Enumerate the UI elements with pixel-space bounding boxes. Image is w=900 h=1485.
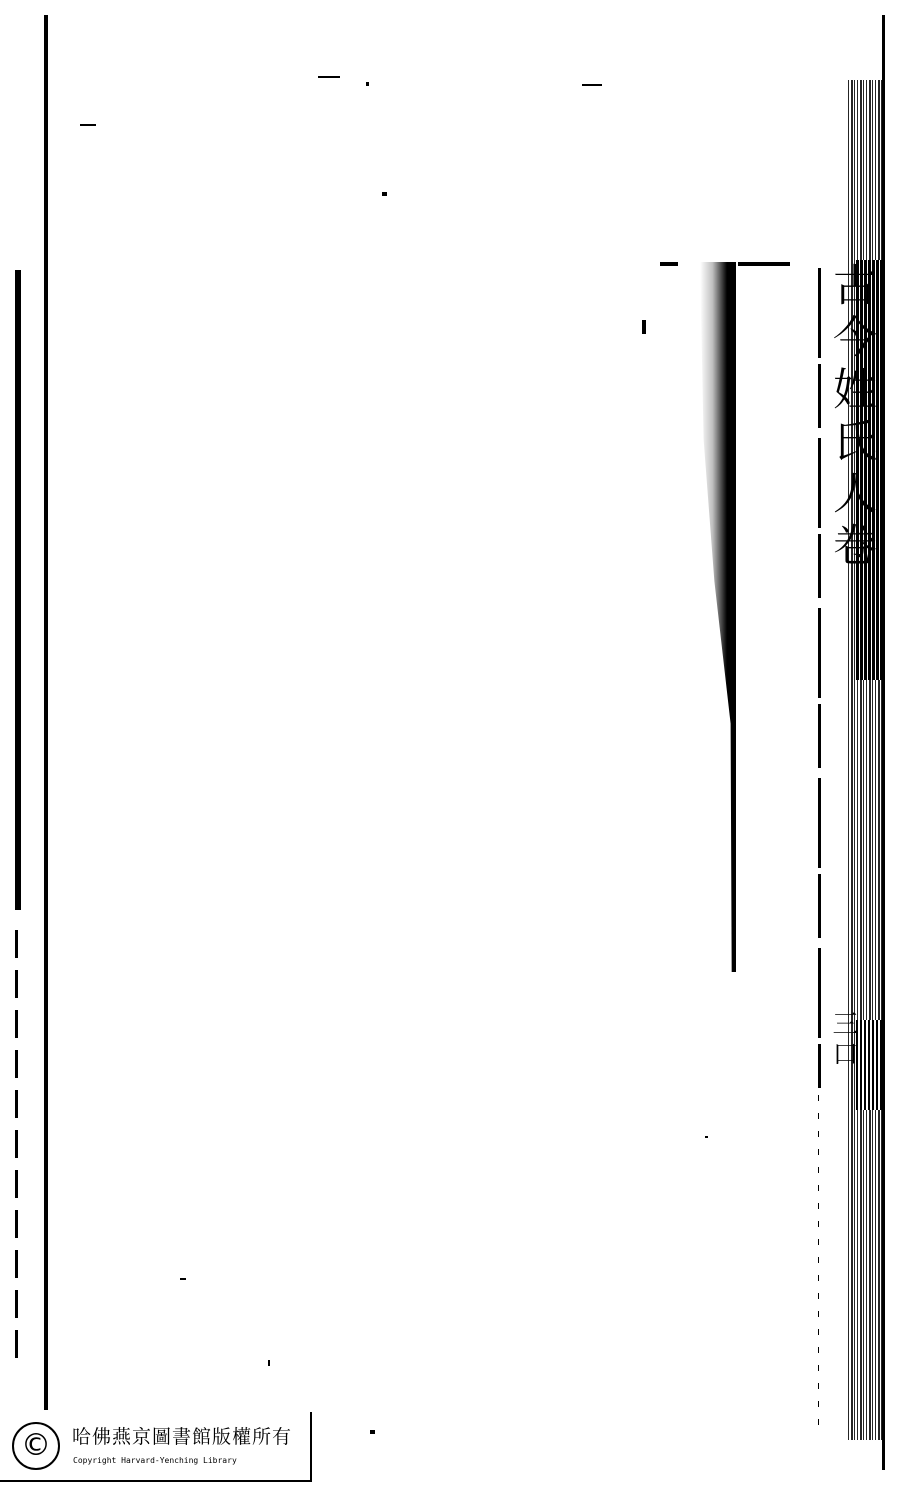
scan-speck xyxy=(705,1136,708,1138)
right-border-line xyxy=(882,15,885,1470)
copyright-chinese-text: 哈佛燕京圖書館版權所有 xyxy=(72,1422,292,1449)
copyright-stamp: © 哈佛燕京圖書館版權所有 Copyright Harvard-Yenching… xyxy=(0,1412,312,1482)
left-outer-edge-lower xyxy=(15,930,18,1370)
scan-speck xyxy=(382,192,387,196)
scanned-page: 古今姓氏人卷 三口 © 哈佛燕京圖書館版權所有 Copyright Harvar… xyxy=(0,0,900,1485)
inner-frame-line xyxy=(818,268,821,1088)
gutter-stain xyxy=(700,262,736,972)
scan-speck xyxy=(318,76,340,78)
scan-speck xyxy=(370,1430,375,1434)
copyright-symbol-icon: © xyxy=(12,1422,60,1470)
inner-frame-line-lower xyxy=(818,1095,819,1425)
scan-speck xyxy=(582,84,602,86)
scan-speck xyxy=(80,124,96,126)
copyright-english-text: Copyright Harvard-Yenching Library xyxy=(73,1456,237,1465)
scan-speck xyxy=(180,1278,186,1280)
left-outer-edge xyxy=(15,270,21,910)
scan-speck xyxy=(642,320,646,334)
scan-speck xyxy=(268,1360,270,1366)
spine-title: 古今姓氏人卷 xyxy=(830,262,870,574)
spine-page-marker: 三口 xyxy=(832,1010,862,1070)
left-border-line xyxy=(44,15,48,1410)
scan-speck xyxy=(366,82,369,86)
